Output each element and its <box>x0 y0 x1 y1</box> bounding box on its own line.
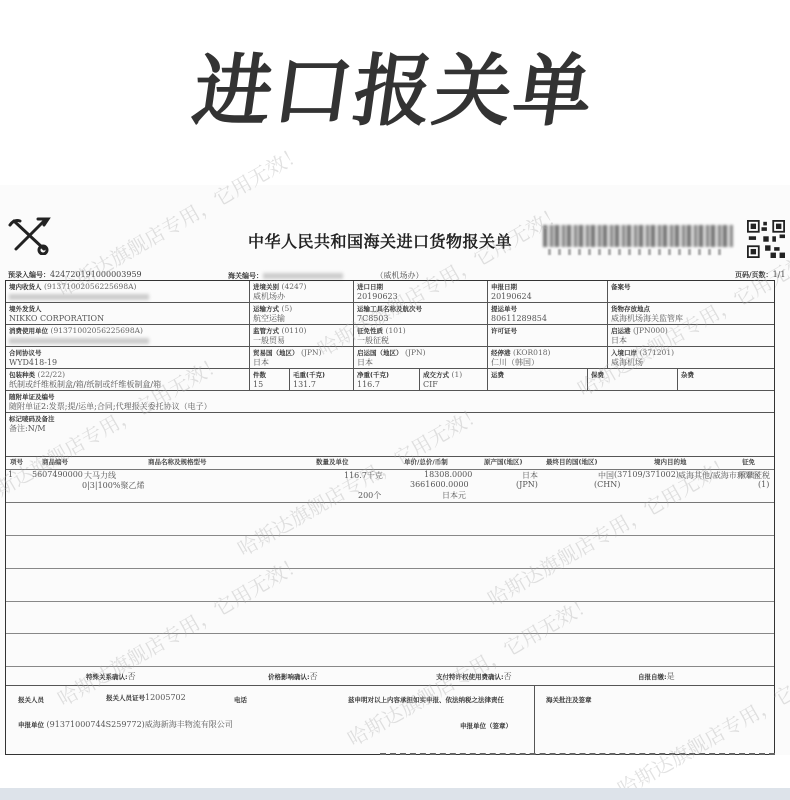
self-report-confirm: 自报自缴:是 <box>638 671 675 682</box>
field-pieces: 件数 15 <box>250 369 290 391</box>
field-freight: 运费 <box>488 369 588 391</box>
royalty-confirm: 支付特许权使用费确认:否 <box>436 671 512 682</box>
field-departure-port: 启运港 (JPN000) 日本 <box>608 325 774 347</box>
field-deal-mode: 成交方式 (1) CIF <box>420 369 488 391</box>
field-misc: 杂费 <box>678 369 774 391</box>
special-relation-confirm: 特殊关系确认:否 <box>86 671 136 682</box>
field-consignor: 境外发货人 NIKKO CORPORATION <box>6 303 250 325</box>
redacted-user-unit <box>9 338 149 344</box>
redacted-consignee <box>9 294 149 300</box>
field-vehicle: 运输工具名称及航次号 7C8503 <box>354 303 488 325</box>
confirmations-row: 特殊关系确认:否 价格影响确认:否 支付特许权使用费确认:否 自报自缴:是 <box>6 667 774 686</box>
bottom-strip <box>0 788 790 800</box>
field-marks: 标记唛码及备注 备注:N/M <box>6 413 774 457</box>
qr-code-icon <box>747 220 785 258</box>
field-transit-port: 经停港 (KOR018) 仁川（韩国） <box>488 347 608 369</box>
customs-declaration-document: 中华人民共和国海关进口货物报关单 预录入编号：42472019100000395… <box>0 185 790 755</box>
field-transport-mode: 运输方式 (5) 航空运输 <box>250 303 354 325</box>
field-documents: 随附单证及编号 随附单证2:发票;提/运单;合同;代理报关委托协议（电子） <box>6 391 774 413</box>
field-record-no: 备案号 <box>608 281 774 303</box>
field-bill-no: 提运单号 80611289854 <box>488 303 608 325</box>
redacted-customs-number <box>263 273 343 279</box>
field-storage: 货物存放地点 威海机场海关监管库 <box>608 303 774 325</box>
tear-line <box>380 753 775 755</box>
banner-title: 进口报关单 <box>187 29 603 141</box>
field-supervision: 监管方式 (0110) 一般贸易 <box>250 325 354 347</box>
page-indicator: 页码/页数：1/1 <box>735 270 785 280</box>
field-tax-nature: 征免性质 (101) 一般征税 <box>354 325 488 347</box>
field-consignee: 境内收货人 (91371002056225698A) <box>6 281 250 303</box>
goods-row: 1 5607490000 大马力线 0|3|100%聚乙烯 116.7千克 20… <box>6 469 774 503</box>
field-net-weight: 净重(千克) 116.7 <box>354 369 420 391</box>
form-title: 中华人民共和国海关进口货物报关单 <box>248 229 512 252</box>
field-import-date: 进口日期 20190623 <box>354 281 488 303</box>
field-trade-country: 贸易国（地区） (JPN) 日本 <box>250 347 354 369</box>
field-gross-weight: 毛重(千克) 131.7 <box>290 369 354 391</box>
field-license: 许可证号 <box>488 325 608 347</box>
banner: 进口报关单 <box>0 0 790 170</box>
empty-goods-row-divider <box>6 535 774 536</box>
field-package-type: 包装种类 (22/22) 纸制或纤维板制盒/箱/纸制或纤维板制盒/箱 <box>6 369 250 391</box>
empty-goods-row-divider <box>6 601 774 602</box>
empty-goods-row-divider <box>6 633 774 634</box>
field-declare-date: 申报日期 20190624 <box>488 281 608 303</box>
pre-entry-number: 预录入编号：424720191000003959 <box>8 270 142 280</box>
empty-goods-row-divider <box>6 568 774 569</box>
barcode-number <box>548 249 728 255</box>
customs-remark-section: 海关批注及签章 <box>542 685 774 754</box>
price-impact-confirm: 价格影响确认:否 <box>268 671 318 682</box>
barcode <box>543 225 733 247</box>
declaring-unit: 申报单位 (91371000744S259772)威海新海丰物流有限公司 <box>18 719 233 730</box>
field-entry-customs: 进境关别 (4247) 威机场办 <box>250 281 354 303</box>
field-origin-country: 启运国（地区） (JPN) 日本 <box>354 347 488 369</box>
declaration-table: 境内收货人 (91371002056225698A) 进境关别 (4247) 威… <box>5 280 775 755</box>
field-entry-port: 入境口岸 (371201) 威海机场 <box>608 347 774 369</box>
declarant-section: 报关人员 报关人员证号12005702 电话 兹申明对以上内容承担如实申报、依法… <box>6 685 535 754</box>
field-user-unit: 消费使用单位 (91371002056225698A) <box>6 325 250 347</box>
customs-emblem-icon <box>8 215 52 255</box>
field-insurance: 保费 <box>588 369 678 391</box>
field-contract: 合同协议号 WYD418-19 <box>6 347 250 369</box>
declarant-cert: 报关人员证号12005702 <box>106 693 186 702</box>
